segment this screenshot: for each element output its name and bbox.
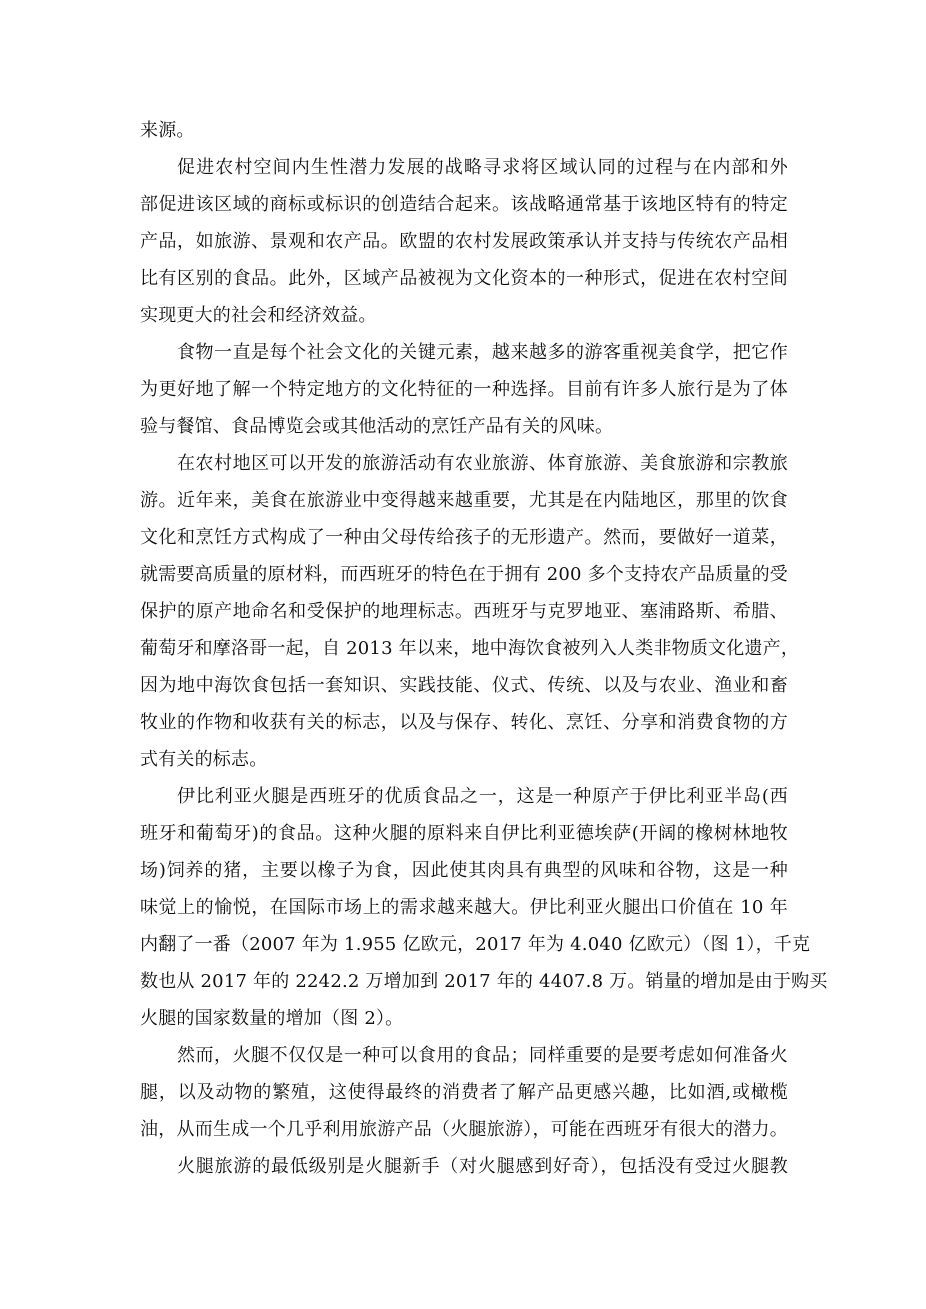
text-line: 伊比利亚火腿是西班牙的优质食品之一，这是一种原产于伊比利亚半岛(西	[140, 778, 788, 815]
text-line: 内翻了一番（2007 年为 1.955 亿欧元，2017 年为 4.040 亿欧…	[140, 926, 788, 963]
text-line: 文化和烹饪方式构成了一种由父母传给孩子的无形遗产。然而，要做好一道菜，	[140, 519, 788, 556]
text-line: 食物一直是每个社会文化的关键元素，越来越多的游客重视美食学，把它作	[140, 334, 788, 371]
text-line: 牧业的作物和收获有关的标志，以及与保存、转化、烹饪、分享和消费食物的方	[140, 704, 788, 741]
text-line: 式有关的标志。	[140, 741, 788, 778]
text-line: 就需要高质量的原材料，而西班牙的特色在于拥有 200 多个支持农产品质量的受	[140, 556, 788, 593]
text-line: 实现更大的社会和经济效益。	[140, 297, 788, 334]
text-line: 葡萄牙和摩洛哥一起，自 2013 年以来，地中海饮食被列入人类非物质文化遗产，	[140, 630, 788, 667]
text-line: 保护的原产地命名和受保护的地理标志。西班牙与克罗地亚、塞浦路斯、希腊、	[140, 593, 788, 630]
text-line: 来源。	[140, 112, 788, 149]
text-line: 促进农村空间内生性潜力发展的战略寻求将区域认同的过程与在内部和外	[140, 149, 788, 186]
text-line: 产品，如旅游、景观和农产品。欧盟的农村发展政策承认并支持与传统农产品相	[140, 223, 788, 260]
text-line: 味觉上的愉悦，在国际市场上的需求越来越大。伊比利亚火腿出口价值在 10 年	[140, 889, 788, 926]
text-line: 部促进该区域的商标或标识的创造结合起来。该战略通常基于该地区特有的特定	[140, 186, 788, 223]
text-line: 火腿旅游的最低级别是火腿新手（对火腿感到好奇），包括没有受过火腿教	[140, 1148, 788, 1185]
text-line: 火腿的国家数量的增加（图 2）。	[140, 1000, 788, 1037]
text-line: 比有区别的食品。此外，区域产品被视为文化资本的一种形式，促进在农村空间	[140, 260, 788, 297]
text-line: 油，从而生成一个几乎利用旅游产品（火腿旅游），可能在西班牙有很大的潜力。	[140, 1111, 788, 1148]
text-line: 为更好地了解一个特定地方的文化特征的一种选择。目前有许多人旅行是为了体	[140, 371, 788, 408]
text-line: 游。近年来，美食在旅游业中变得越来越重要，尤其是在内陆地区，那里的饮食	[140, 482, 788, 519]
text-line: 腿，以及动物的繁殖，这使得最终的消费者了解产品更感兴趣，比如酒,或橄榄	[140, 1074, 788, 1111]
text-line: 在农村地区可以开发的旅游活动有农业旅游、体育旅游、美食旅游和宗教旅	[140, 445, 788, 482]
text-line: 因为地中海饮食包括一套知识、实践技能、仪式、传统、以及与农业、渔业和畜	[140, 667, 788, 704]
text-line: 班牙和葡萄牙)的食品。这种火腿的原料来自伊比利亚德埃萨(开阔的橡树林地牧	[140, 815, 788, 852]
text-line: 验与餐馆、食品博览会或其他活动的烹饪产品有关的风味。	[140, 408, 788, 445]
document-page: 来源。 促进农村空间内生性潜力发展的战略寻求将区域认同的过程与在内部和外 部促进…	[140, 112, 788, 1185]
text-line: 然而，火腿不仅仅是一种可以食用的食品；同样重要的是要考虑如何准备火	[140, 1037, 788, 1074]
text-line: 场)饲养的猪，主要以橡子为食，因此使其肉具有典型的风味和谷物，这是一种	[140, 852, 788, 889]
text-line: 数也从 2017 年的 2242.2 万增加到 2017 年的 4407.8 万…	[140, 963, 788, 1000]
